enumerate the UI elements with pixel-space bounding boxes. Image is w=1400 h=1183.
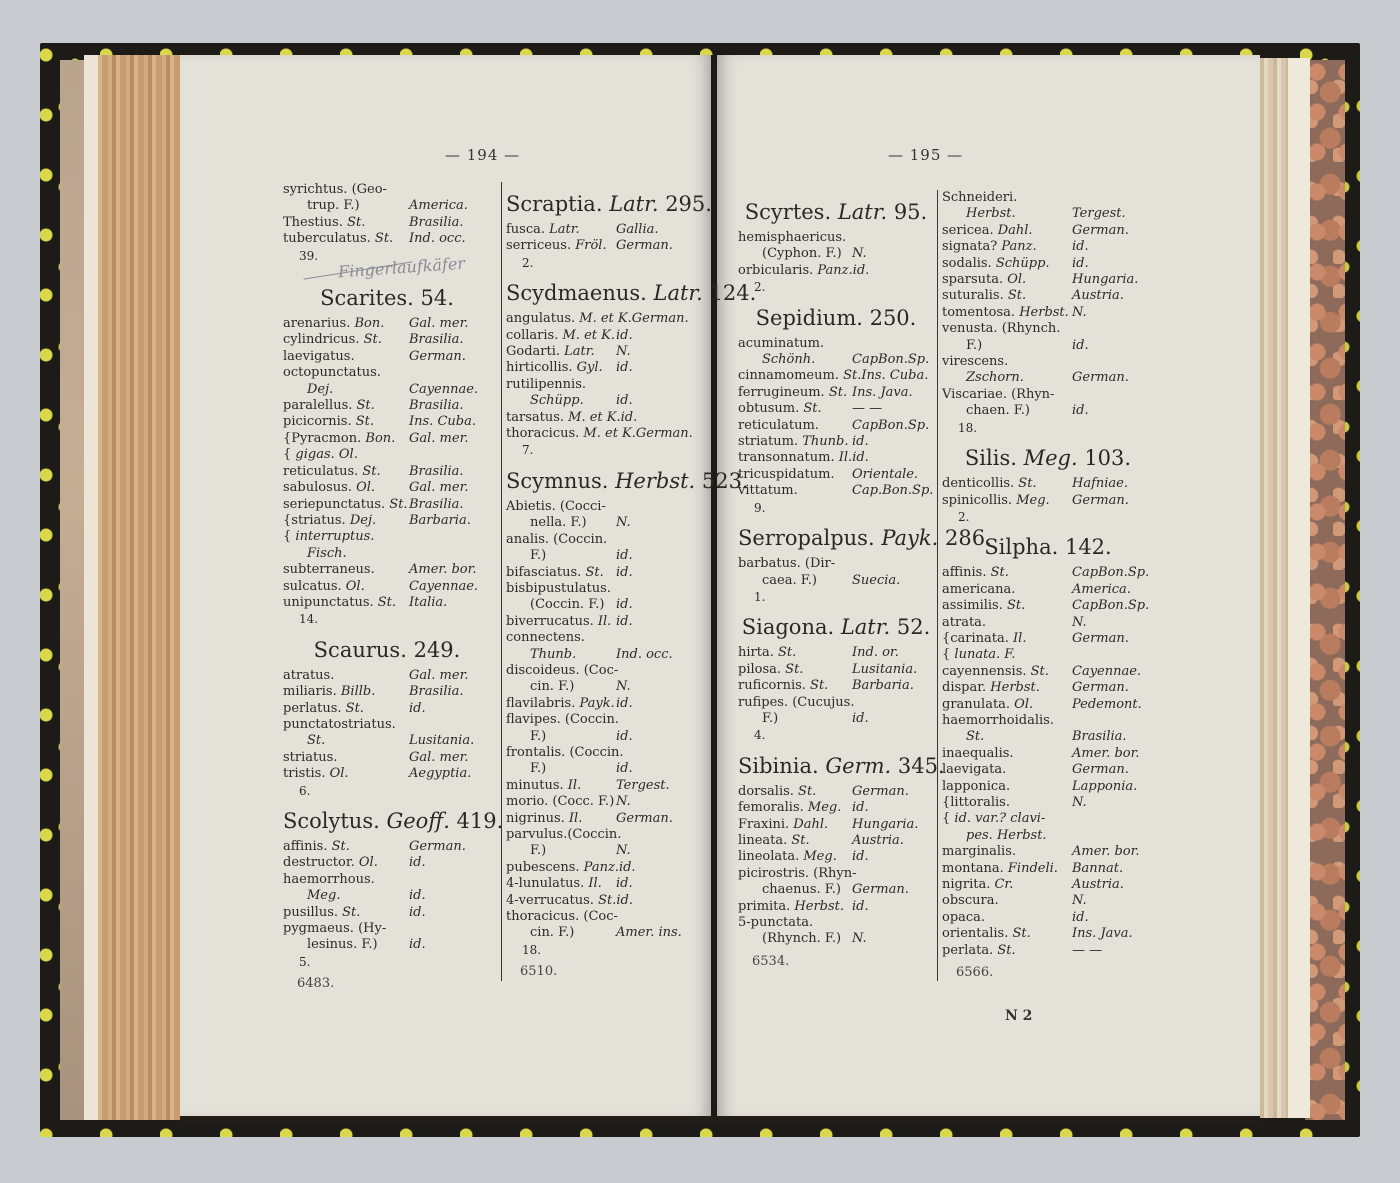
species-epithet: subterraneus. — [283, 562, 375, 577]
species-epithet: spinicollis. — [942, 493, 1012, 508]
signature-mark: N 2 — [1005, 1008, 1032, 1024]
species-author: Il. — [1009, 631, 1027, 646]
species-author: Il. — [584, 876, 602, 891]
species-author: M. et K. — [575, 311, 632, 326]
species-author: Schüpp. — [530, 393, 584, 408]
species-locality — [616, 499, 698, 515]
species-entry: (Rhynch. F.)N. — [738, 931, 934, 947]
species-epithet: analis. (Coccin. — [506, 532, 607, 547]
species-entry: lesinus. F.)id. — [283, 937, 491, 953]
running-total: 6566. — [942, 965, 1154, 981]
species-entry: sericea. Dahl.German. — [942, 223, 1154, 239]
species-author: Ol. — [1010, 697, 1033, 712]
genus-heading: Scydmaenus. Latr. 124. — [506, 281, 698, 305]
species-locality: id. — [616, 360, 698, 376]
species-epithet: {striatus. — [283, 513, 346, 528]
species-epithet: Godarti. — [506, 344, 560, 359]
genus-name: Serropalpus. — [738, 526, 881, 550]
species-name: { interruptus. — [283, 529, 374, 545]
species-author: interruptus. — [291, 529, 374, 544]
species-entry: sabulosus. Ol.Gal. mer. — [283, 480, 491, 496]
species-locality: Brasilia. — [409, 684, 491, 700]
species-locality — [1072, 354, 1154, 370]
species-epithet: destructor. — [283, 855, 355, 870]
species-epithet: chaen. F.) — [966, 403, 1030, 418]
species-author: gigas. Ol. — [291, 447, 358, 462]
species-entry: Thestius. St.Brasilia. — [283, 215, 491, 231]
species-name: marginalis. — [942, 844, 1016, 860]
species-name: sabulosus. Ol. — [283, 480, 375, 496]
genus-name: Scydmaenus. — [506, 281, 654, 305]
species-author: Herbst. — [966, 206, 1016, 221]
species-name: chaenus. F.) — [762, 882, 841, 898]
species-epithet: caea. F.) — [762, 573, 817, 588]
species-epithet: tristis. — [283, 766, 325, 781]
species-entry: barbatus. (Dir- — [738, 556, 934, 572]
species-locality: Lusitania. — [852, 662, 934, 678]
species-locality — [616, 532, 698, 548]
species-entry: virescens. — [942, 354, 1154, 370]
species-epithet: transonnatum. — [738, 450, 835, 465]
species-epithet: orientalis. — [942, 926, 1008, 941]
species-epithet: Viscariae. (Rhyn- — [942, 387, 1054, 402]
species-name: { id. var.? clavi- — [942, 811, 1045, 827]
species-epithet: reticulatum. — [738, 418, 819, 433]
species-locality: Amer. bor. — [1072, 746, 1154, 762]
species-name: destructor. Ol. — [283, 855, 378, 871]
species-name: sulcatus. Ol. — [283, 579, 365, 595]
species-name: orientalis. St. — [942, 926, 1031, 942]
species-name: americana. — [942, 582, 1015, 598]
species-entry: sulcatus. Ol.Cayennae. — [283, 579, 491, 595]
running-total: 6534. — [738, 954, 934, 970]
genus-author: Latr. — [838, 200, 894, 224]
species-locality: German. — [632, 311, 698, 327]
species-locality: Orientale. — [852, 467, 934, 483]
species-epithet: unipunctatus. — [283, 595, 374, 610]
species-epithet: (Cyphon. F.) — [762, 246, 842, 261]
species-epithet: collaris. — [506, 328, 558, 343]
species-name: 4-verrucatus. St. — [506, 893, 616, 909]
species-entry: assimilis. St.CapBon.Sp. — [942, 598, 1154, 614]
species-entry: chaenus. F.)German. — [738, 882, 934, 898]
species-author: Payk. — [575, 696, 614, 711]
species-epithet: thoracicus. (Coc- — [506, 909, 618, 924]
species-epithet: marginalis. — [942, 844, 1016, 859]
species-locality: id. — [1072, 403, 1154, 419]
species-entry: transonnatum. Il.id. — [738, 450, 934, 466]
species-name: striatum. Thunb. — [738, 434, 848, 450]
species-entry: F.)id. — [738, 711, 934, 727]
species-author: Bon. — [350, 316, 384, 331]
species-entry: 4-verrucatus. St.id. — [506, 893, 698, 909]
species-epithet: pilosa. — [738, 662, 781, 677]
species-entry: Meg.id. — [283, 888, 491, 904]
species-locality: German. — [409, 839, 491, 855]
species-name: F.) — [530, 761, 546, 777]
species-name: fusca. Latr. — [506, 222, 580, 238]
species-name: obtusum. St. — [738, 401, 822, 417]
species-epithet: punctatostriatus. — [283, 717, 396, 732]
genus-heading: Sepidium. 250. — [738, 306, 934, 330]
species-name: assimilis. St. — [942, 598, 1025, 614]
species-entry: Dej.Cayennae. — [283, 382, 491, 398]
species-epithet: Fraxini. — [738, 817, 789, 832]
species-name: acuminatum. — [738, 336, 824, 352]
species-entry: thoracicus. (Coc- — [506, 909, 698, 925]
species-locality — [621, 827, 698, 843]
species-author: St. — [594, 893, 616, 908]
species-name: tomentosa. Herbst. — [942, 305, 1069, 321]
species-locality: id. — [1072, 338, 1154, 354]
species-entry: Schüpp.id. — [506, 393, 698, 409]
species-count: 6. — [283, 783, 491, 799]
species-locality: id. — [616, 893, 698, 909]
species-epithet: {littoralis. — [942, 795, 1010, 810]
species-locality — [616, 581, 698, 597]
species-entry: analis. (Coccin. — [506, 532, 698, 548]
spacer — [283, 264, 491, 276]
species-entry: haemorrhous. — [283, 872, 491, 888]
species-name: perlata. St. — [942, 943, 1016, 959]
species-entry: granulata. Ol.Pedemont. — [942, 697, 1154, 713]
species-entry: serriceus. Fröl.German. — [506, 238, 698, 254]
species-locality: id. — [852, 434, 934, 450]
species-entry: affinis. St.CapBon.Sp. — [942, 565, 1154, 581]
species-name: syrichtus. (Geo- — [283, 182, 387, 198]
species-name: dispar. Herbst. — [942, 680, 1040, 696]
species-entry: signata? Panz.id. — [942, 239, 1154, 255]
species-name: thoracicus. (Coc- — [506, 909, 618, 925]
species-locality: CapBon.Sp. — [1072, 565, 1154, 581]
species-entry: femoralis. Meg.id. — [738, 800, 934, 816]
species-entry: trup. F.)America. — [283, 198, 491, 214]
species-entry: parvulus.(Coccin. — [506, 827, 698, 843]
species-author: St. — [581, 565, 603, 580]
species-entry: Thunb.Ind. occ. — [506, 647, 698, 663]
species-author: Il. — [594, 614, 612, 629]
species-epithet: nigrita. — [942, 877, 990, 892]
species-author: St. — [343, 215, 365, 230]
species-locality: id. — [409, 888, 491, 904]
species-entry: Godarti. Latr.N. — [506, 344, 698, 360]
column-4: Schneideri. Herbst.Tergest.sericea. Dahl… — [937, 190, 1154, 981]
species-entry: tristis. Ol.Aegyptia. — [283, 766, 491, 782]
species-name: Viscariae. (Rhyn- — [942, 387, 1054, 403]
species-locality: Cap.Bon.Sp. — [852, 483, 934, 499]
species-epithet: F.) — [530, 729, 546, 744]
species-entry: Fisch. — [283, 546, 491, 562]
species-name: inaequalis. — [942, 746, 1014, 762]
species-author: Ol. — [1003, 272, 1026, 287]
species-epithet: hirta. — [738, 645, 774, 660]
species-epithet: ferrugineum. — [738, 385, 825, 400]
species-entry: orientalis. St.Ins. Java. — [942, 926, 1154, 942]
species-epithet: denticollis. — [942, 476, 1014, 491]
page-number-right: — 195 — — [888, 146, 963, 164]
species-name: granulata. Ol. — [942, 697, 1033, 713]
species-entry: reticulatum.CapBon.Sp. — [738, 418, 934, 434]
species-entry: obtusum. St.— — — [738, 401, 934, 417]
species-entry: ferrugineum. St.Ins. Java. — [738, 385, 934, 401]
species-name: sodalis. Schüpp. — [942, 256, 1050, 272]
species-locality: id. — [409, 905, 491, 921]
species-author: Meg. — [1012, 493, 1050, 508]
species-epithet: flavilabris. — [506, 696, 575, 711]
species-locality: Ind. occ. — [616, 647, 698, 663]
genus-number: 95. — [894, 200, 927, 224]
species-locality — [852, 556, 934, 572]
species-epithet: lapponica. — [942, 779, 1010, 794]
species-entry: collaris. M. et K.id. — [506, 328, 698, 344]
species-locality: Brasilia. — [409, 497, 491, 513]
species-name: subterraneus. — [283, 562, 375, 578]
species-author: St. — [986, 565, 1008, 580]
species-epithet: angulatus. — [506, 311, 575, 326]
species-epithet: lineata. — [738, 833, 787, 848]
species-locality: Brasilia. — [409, 332, 491, 348]
species-author: St. — [371, 231, 393, 246]
species-name: (Cyphon. F.) — [762, 246, 842, 262]
species-entry: flavipes. (Coccin. — [506, 712, 698, 728]
species-locality — [618, 663, 698, 679]
species-entry: tomentosa. Herbst.N. — [942, 305, 1154, 321]
species-name: ruficornis. St. — [738, 678, 828, 694]
species-locality — [409, 447, 491, 463]
species-name: affinis. St. — [283, 839, 350, 855]
species-locality: Lusitania. — [409, 733, 491, 749]
species-name: sparsuta. Ol. — [942, 272, 1026, 288]
species-name: punctatostriatus. — [283, 717, 396, 733]
species-epithet: opaca. — [942, 910, 985, 925]
species-locality: id. — [852, 899, 934, 915]
species-epithet: pusillus. — [283, 905, 338, 920]
species-locality: id. — [409, 701, 491, 717]
species-entry: { lunata. F. — [942, 647, 1154, 663]
species-name: collaris. M. et K. — [506, 328, 615, 344]
species-entry: chaen. F.)id. — [942, 403, 1154, 419]
species-name: F.) — [762, 711, 778, 727]
species-epithet: virescens. — [942, 354, 1008, 369]
species-locality: id. — [852, 711, 934, 727]
species-entry: pilosa. St.Lusitania. — [738, 662, 934, 678]
species-locality: Ind. occ. — [409, 231, 491, 247]
species-author: St. — [1027, 664, 1049, 679]
species-entry: pygmaeus. (Hy- — [283, 921, 491, 937]
genus-name: Sibinia. — [738, 754, 825, 778]
species-locality: Hungaria. — [852, 817, 934, 833]
species-author: M. et K. — [564, 410, 621, 425]
species-name: discoideus. (Coc- — [506, 663, 618, 679]
species-entry: destructor. Ol.id. — [283, 855, 491, 871]
species-name: vittatum. — [738, 483, 798, 499]
species-name: venusta. (Rhynch. — [942, 321, 1060, 337]
species-author: Panz. — [813, 263, 852, 278]
species-name: Thunb. — [530, 647, 576, 663]
species-name: tarsatus. M. et K. — [506, 410, 621, 426]
species-entry: thoracicus. M. et K.German. — [506, 426, 698, 442]
species-name: St. — [966, 729, 984, 745]
species-name: montana. Findeli. — [942, 861, 1058, 877]
species-epithet: parvulus.(Coccin. — [506, 827, 621, 842]
species-author: St. — [352, 398, 374, 413]
species-name: cinnamomeum. St. — [738, 368, 861, 384]
species-entry: arenarius. Bon.Gal. mer. — [283, 316, 491, 332]
species-entry: cin. F.)Amer. ins. — [506, 925, 698, 941]
column-3: Scyrtes. Latr. 95.hemisphaericus.(Cyphon… — [738, 190, 934, 970]
species-epithet: connectens. — [506, 630, 585, 645]
species-locality: N. — [1072, 305, 1154, 321]
species-locality: id. — [853, 263, 934, 279]
species-locality — [1072, 321, 1154, 337]
species-author: St. — [338, 905, 360, 920]
genus-name: Silpha. — [984, 535, 1065, 559]
species-locality — [1072, 387, 1154, 403]
species-locality: Austria. — [852, 833, 934, 849]
species-locality: Ins. Java. — [1072, 926, 1154, 942]
species-author: Ol. — [342, 579, 365, 594]
species-epithet: perlata. — [942, 943, 993, 958]
species-name: rutilipennis. — [506, 377, 586, 393]
species-locality — [409, 546, 491, 562]
genus-name: Sepidium. — [756, 306, 870, 330]
species-locality: Barbaria. — [409, 513, 491, 529]
species-name: laevigatus. — [283, 349, 355, 365]
species-author: St. — [794, 784, 816, 799]
species-epithet: obscura. — [942, 893, 999, 908]
species-name: pubescens. Panz. — [506, 860, 619, 876]
species-epithet: syrichtus. (Geo- — [283, 182, 387, 197]
species-epithet: cylindricus. — [283, 332, 359, 347]
species-author: St. — [993, 943, 1015, 958]
species-locality: N. — [852, 246, 934, 262]
species-locality: id. — [616, 597, 698, 613]
species-entry: laevigata.German. — [942, 762, 1154, 778]
species-author: Cr. — [990, 877, 1013, 892]
species-epithet: arenarius. — [283, 316, 350, 331]
species-author: St. — [787, 833, 809, 848]
species-entry: acuminatum. — [738, 336, 934, 352]
species-name: lapponica. — [942, 779, 1010, 795]
species-entry: dispar. Herbst.German. — [942, 680, 1154, 696]
species-name: octopunctatus. — [283, 365, 381, 381]
species-epithet: montana. — [942, 861, 1004, 876]
species-locality — [618, 909, 698, 925]
species-epithet: laevigatus. — [283, 349, 355, 364]
species-entry: spinicollis. Meg.German. — [942, 493, 1154, 509]
genus-author: Herbst. — [615, 469, 702, 493]
species-epithet: striatus. — [283, 750, 337, 765]
species-epithet: chaenus. F.) — [762, 882, 841, 897]
species-author: Ol. — [325, 766, 348, 781]
species-author: St. — [327, 839, 349, 854]
species-epithet: granulata. — [942, 697, 1010, 712]
page-stack-left — [84, 55, 184, 1120]
species-locality: German. — [409, 349, 491, 365]
species-entry: atratus.Gal. mer. — [283, 668, 491, 684]
species-epithet: cin. F.) — [530, 679, 574, 694]
species-epithet: 4-lunulatus. — [506, 876, 584, 891]
species-count: 5. — [283, 954, 491, 970]
species-epithet: tuberculatus. — [283, 231, 371, 246]
species-entry: seriepunctatus. St.Brasilia. — [283, 497, 491, 513]
species-author: St. — [1014, 476, 1036, 491]
species-entry: montana. Findeli.Bannat. — [942, 861, 1154, 877]
species-name: miliaris. Billb. — [283, 684, 375, 700]
species-locality: N. — [616, 344, 698, 360]
species-entry: (Coccin. F.)id. — [506, 597, 698, 613]
species-author: St. — [774, 645, 796, 660]
genus-heading: Siagona. Latr. 52. — [738, 615, 934, 639]
species-locality: id. — [616, 761, 698, 777]
species-name: tricuspidatum. — [738, 467, 835, 483]
species-entry: lineata. St.Austria. — [738, 833, 934, 849]
species-locality: id. — [616, 876, 698, 892]
species-locality: id. — [619, 860, 698, 876]
species-locality: id. — [616, 729, 698, 745]
species-locality: id. — [1072, 256, 1154, 272]
species-entry: { id. var.? clavi- — [942, 811, 1154, 827]
species-epithet: discoideus. (Coc- — [506, 663, 618, 678]
species-name: connectens. — [506, 630, 585, 646]
species-entry: (Cyphon. F.)N. — [738, 246, 934, 262]
species-entry: striatus.Gal. mer. — [283, 750, 491, 766]
species-author: Dej. — [346, 513, 376, 528]
species-entry: 4-lunulatus. Il.id. — [506, 876, 698, 892]
species-locality — [616, 630, 698, 646]
genus-number: 419. — [457, 809, 504, 833]
species-entry: pes. Herbst. — [942, 828, 1154, 844]
species-epithet: hirticollis. — [506, 360, 573, 375]
species-epithet: assimilis. — [942, 598, 1003, 613]
species-name: { gigas. Ol. — [283, 447, 358, 463]
species-entry: paralellus. St.Brasilia. — [283, 398, 491, 414]
species-locality: id. — [852, 450, 934, 466]
species-name: opaca. — [942, 910, 985, 926]
species-locality: Cayennae. — [409, 382, 491, 398]
species-epithet: F.) — [762, 711, 778, 726]
species-author: Dahl. — [789, 817, 828, 832]
species-name: F.) — [530, 729, 546, 745]
species-epithet: affinis. — [942, 565, 986, 580]
species-entry: vittatum.Cap.Bon.Sp. — [738, 483, 934, 499]
genus-name: Scyrtes. — [745, 200, 838, 224]
species-entry: cylindricus. St.Brasilia. — [283, 332, 491, 348]
species-name: Schneideri. — [942, 190, 1017, 206]
species-author: St. — [1003, 598, 1025, 613]
species-epithet: obtusum. — [738, 401, 799, 416]
species-name: perlatus. St. — [283, 701, 364, 717]
species-entry: venusta. (Rhynch. — [942, 321, 1154, 337]
species-count: 4. — [738, 727, 934, 743]
species-epithet: Abietis. (Cocci- — [506, 499, 606, 514]
species-name: morio. (Cocc. F.) — [506, 794, 614, 810]
species-locality: id. — [852, 849, 934, 865]
species-name: cin. F.) — [530, 679, 574, 695]
species-entry: angulatus. M. et K.German. — [506, 311, 698, 327]
species-epithet: orbicularis. — [738, 263, 813, 278]
species-locality: Brasilia. — [1072, 729, 1154, 745]
species-author: St. — [806, 678, 828, 693]
genus-author: Geoff. — [386, 809, 456, 833]
species-author: St. — [839, 368, 861, 383]
species-entry: hirta. St.Ind. or. — [738, 645, 934, 661]
genus-number: 52. — [897, 615, 930, 639]
species-entry: discoideus. (Coc- — [506, 663, 698, 679]
species-epithet: frontalis. (Coccin. — [506, 745, 624, 760]
species-name: F.) — [530, 548, 546, 564]
species-locality: Brasilia. — [409, 464, 491, 480]
